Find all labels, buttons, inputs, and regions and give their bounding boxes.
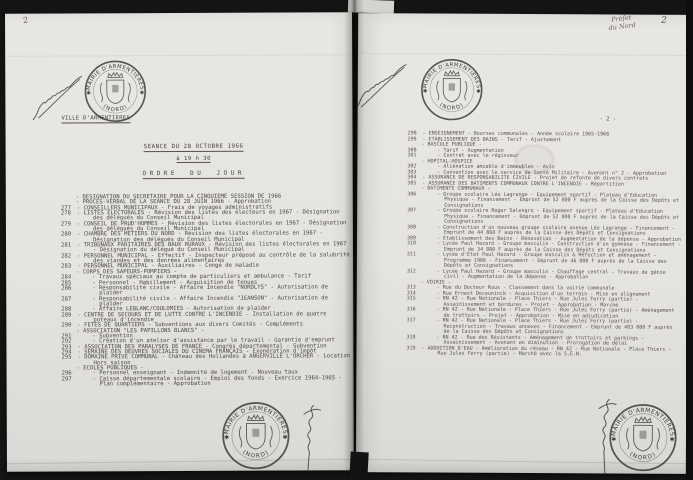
agenda-item-number: 312 [407,269,422,275]
agenda-item-number: 283 [61,265,77,270]
prefet-du-nord-note: Préfet du Nord [607,14,636,32]
agenda-item-text: - Caisse départementale scolaire - Emplo… [78,376,354,388]
svg-text:✱: ✱ [86,91,91,97]
agenda-item-number: 280 [61,233,77,238]
agenda-item-number: 295 [61,356,77,361]
session-title: SEANCE DU 28 OCTOBRE 1966 [78,143,310,152]
gutter-gap [349,452,368,480]
left-page: 2 MAIRIE D'ARMENTIÈRES (NORD) ✱✱ VIL [5,12,354,472]
paper-crease [358,53,688,57]
agenda-item-number: 311 [407,252,422,258]
session-time: à 19 h 30 [78,155,310,164]
agenda-item-number: 290 [61,324,77,329]
agenda-item-number: 282 [61,254,77,259]
agenda-item-number: 315 [407,296,422,302]
svg-text:✱: ✱ [476,89,481,95]
svg-text:(NORD): (NORD) [628,452,657,462]
agenda-title: ORDRE DU JOUR [78,170,310,180]
agenda-item-number: 318 [406,335,421,341]
agenda-item-number: 278 [61,211,77,216]
agenda-item: 319 - ADDUCTION D'EAU - Amélioration du … [406,346,680,358]
mairie-armentieres-stamp: MAIRIE D'ARMENTIÈRES (NORD) ✱✱ [420,57,484,121]
mairie-armentieres-stamp: MAIRIE D'ARMENTIÈRES (NORD) ✱✱ [221,401,291,471]
agenda-item-number: 279 [61,222,77,227]
agenda-item-number: 286 [61,286,77,291]
agenda-item-number: 297 [62,377,78,382]
scanned-document-spread: 2 MAIRIE D'ARMENTIÈRES (NORD) ✱✱ VIL [0,0,693,480]
svg-text:✱: ✱ [283,434,288,441]
paper-crease [5,54,352,58]
agenda-item-number: 299 [408,137,423,143]
coat-of-arms [100,73,130,104]
handwritten-signature [293,402,329,470]
svg-text:✱: ✱ [423,89,428,95]
agenda-item-text: - Lycée d'Etat Paul Hazard - Groupe masc… [422,252,681,270]
agenda-item-number: 306 [407,192,422,198]
svg-text:✱: ✱ [224,434,229,441]
scan-background-edge [686,0,693,480]
agenda-item-number: 289 [61,313,77,318]
svg-text:(NORD): (NORD) [102,104,129,114]
handwritten-signature [356,59,410,115]
svg-text:(NORD): (NORD) [241,450,270,460]
agenda-item-number: 307 [407,208,422,214]
svg-text:✱: ✱ [611,436,616,443]
right-page: Préfet du Nord 2 MAIRIE D'ARMENTIÈRES (N… [356,13,688,474]
right-agenda-list: 298 - ENSEIGNEMENT - Bourses communales … [406,131,681,358]
agenda-item-text: - RN 42 - Rue Nationale - Place Thiers -… [422,318,681,336]
mairie-armentieres-stamp: MAIRIE D'ARMENTIÈRES (NORD) ✱✱ [83,59,147,123]
agenda-item-text: - ADDUCTION D'EAU - Amélioration du rése… [421,346,680,358]
agenda-item-number: 310 [407,241,422,247]
agenda-item-number: 301 [407,153,422,159]
agenda-item-number: 305 [407,181,422,187]
page-number: - 2 - [600,116,617,122]
agenda-item: 297 - Caisse départementale scolaire - E… [62,376,354,388]
agenda-item-number: 308 [407,225,422,231]
agenda-item-number: 317 [407,318,422,324]
svg-text:✱: ✱ [670,436,675,443]
agenda-item-number: 319 [406,346,421,352]
underlying-sheet-edge [348,0,394,14]
agenda-item-number: 287 [61,297,77,302]
svg-text:(NORD): (NORD) [438,102,465,112]
handwritten-page-number: 2 [22,15,29,25]
agenda-heading-block: SEANCE DU 28 OCTOBRE 1966 à 19 h 30 ORDR… [78,143,310,179]
left-agenda-list: - DESIGNATION DU SECRETAIRE POUR LA CINQ… [61,194,354,388]
handwritten-page-number: 2 [661,16,667,26]
agenda-item-text: - Groupe scolaire Roger Salengro - Equip… [422,208,681,226]
svg-text:✱: ✱ [140,90,145,96]
city-label: VILLE D'ARMENTIERES [61,115,130,123]
agenda-item-number: 316 [407,307,422,313]
agenda-item-number: 281 [61,244,77,249]
mairie-armentieres-stamp: MAIRIE D'ARMENTIÈRES (NORD) ✱✱ [608,402,678,472]
